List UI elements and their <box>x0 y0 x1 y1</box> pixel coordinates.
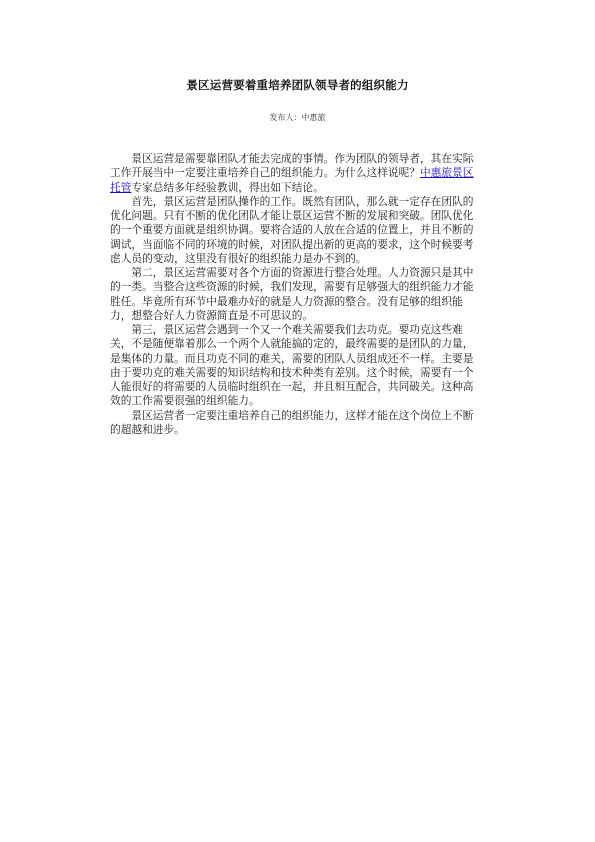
company-link-continued[interactable]: 托管 <box>110 181 131 194</box>
body-line: 胜任。毕竟所有环节中最难办好的就是人力资源的整合。没有足够的组织能 <box>110 295 500 309</box>
line-text: 人能很好的将需要的人员临时组织在一起，并且相互配合，共同破关。这种高 <box>110 380 473 393</box>
publisher-byline: 发布人：中惠旅 <box>0 112 595 123</box>
body-line: 的一个重要方面就是组织协调。要将合适的人放在合适的位置上，并且不断的 <box>110 223 500 237</box>
document-title: 景区运营要着重培养团队领导者的组织能力 <box>0 77 595 93</box>
body-line: 力，想整合好人力资源简直是不可思议的。 <box>110 309 500 323</box>
body-line: 人能很好的将需要的人员临时组织在一起，并且相互配合，共同破关。这种高 <box>110 380 500 394</box>
line-text: 首先，景区运营是团队操作的工作。既然有团队，那么就一定存在团队的 <box>110 195 473 208</box>
line-text: 关，不是随便靠着那么一个两个人就能搞的定的，最终需要的是团队的力量， <box>110 337 473 350</box>
line-text: 优化问题。只有不断的优化团队才能让景区运营不断的发展和突破。团队优化 <box>110 209 473 222</box>
body-line: 是集体的力量。而且功克不同的难关，需要的团队人员组成还不一样。主要是 <box>110 352 500 366</box>
line-text: 力，想整合好人力资源简直是不可思议的。 <box>110 309 313 322</box>
body-line: 托管专家总结多年经验教训，得出如下结论。 <box>110 181 500 195</box>
body-line: 第二，景区运营需要对各个方面的资源进行整合处理。人力资源只是其中 <box>110 266 500 280</box>
line-text: 工作开展当中一定要注重培养自己的组织能力。为什么这样说呢？ <box>110 166 420 179</box>
line-text: 第三，景区运营会遇到一个又一个难关需要我们去功克。要功克这些难 <box>110 323 463 336</box>
body-line: 景区运营者一定要注重培养自己的组织能力，这样才能在这个岗位上不断 <box>110 409 500 423</box>
line-text: 由于要功克的难关需要的知识结构和技术种类有差别。这个时候，需要有一个 <box>110 366 473 379</box>
body-line: 景区运营是需要靠团队才能去完成的事情。作为团队的领导者，其在实际 <box>110 152 500 166</box>
body-line: 第三，景区运营会遇到一个又一个难关需要我们去功克。要功克这些难 <box>110 323 500 337</box>
line-text: 第二，景区运营需要对各个方面的资源进行整合处理。人力资源只是其中 <box>110 266 473 279</box>
body-line: 关，不是随便靠着那么一个两个人就能搞的定的，最终需要的是团队的力量， <box>110 337 500 351</box>
line-text: 的超越和进步。 <box>110 423 185 436</box>
body-line: 的超越和进步。 <box>110 423 500 437</box>
body-line: 工作开展当中一定要注重培养自己的组织能力。为什么这样说呢？中惠旅景区 <box>110 166 500 180</box>
body-line: 效的工作需要很强的组织能力。 <box>110 394 500 408</box>
line-text: 虑人员的变动，这里没有很好的组织能力是办不到的。 <box>110 252 367 265</box>
line-text: 的一类。当整合这些资源的时候，我们发现，需要有足够强大的组织能力才能 <box>110 280 473 293</box>
body-line: 优化问题。只有不断的优化团队才能让景区运营不断的发展和突破。团队优化 <box>110 209 500 223</box>
body-line: 的一类。当整合这些资源的时候，我们发现，需要有足够强大的组织能力才能 <box>110 280 500 294</box>
article-body: 景区运营是需要靠团队才能去完成的事情。作为团队的领导者，其在实际 工作开展当中一… <box>110 152 500 437</box>
line-text: 景区运营是需要靠团队才能去完成的事情。作为团队的领导者，其在实际 <box>110 152 473 165</box>
line-text: 专家总结多年经验教训，得出如下结论。 <box>131 181 323 194</box>
body-line: 由于要功克的难关需要的知识结构和技术种类有差别。这个时候，需要有一个 <box>110 366 500 380</box>
body-line: 调试，当面临不同的环境的时候，对团队提出新的更高的要求，这个时候要考 <box>110 238 500 252</box>
line-text: 效的工作需要很强的组织能力。 <box>110 394 260 407</box>
body-line: 虑人员的变动，这里没有很好的组织能力是办不到的。 <box>110 252 500 266</box>
company-link[interactable]: 中惠旅景区 <box>420 166 473 179</box>
line-text: 是集体的力量。而且功克不同的难关，需要的团队人员组成还不一样。主要是 <box>110 352 473 365</box>
line-text: 调试，当面临不同的环境的时候，对团队提出新的更高的要求，这个时候要考 <box>110 238 473 251</box>
line-text: 景区运营者一定要注重培养自己的组织能力，这样才能在这个岗位上不断 <box>110 409 473 422</box>
line-text: 胜任。毕竟所有环节中最难办好的就是人力资源的整合。没有足够的组织能 <box>110 295 463 308</box>
body-line: 首先，景区运营是团队操作的工作。既然有团队，那么就一定存在团队的 <box>110 195 500 209</box>
line-text: 的一个重要方面就是组织协调。要将合适的人放在合适的位置上，并且不断的 <box>110 223 473 236</box>
